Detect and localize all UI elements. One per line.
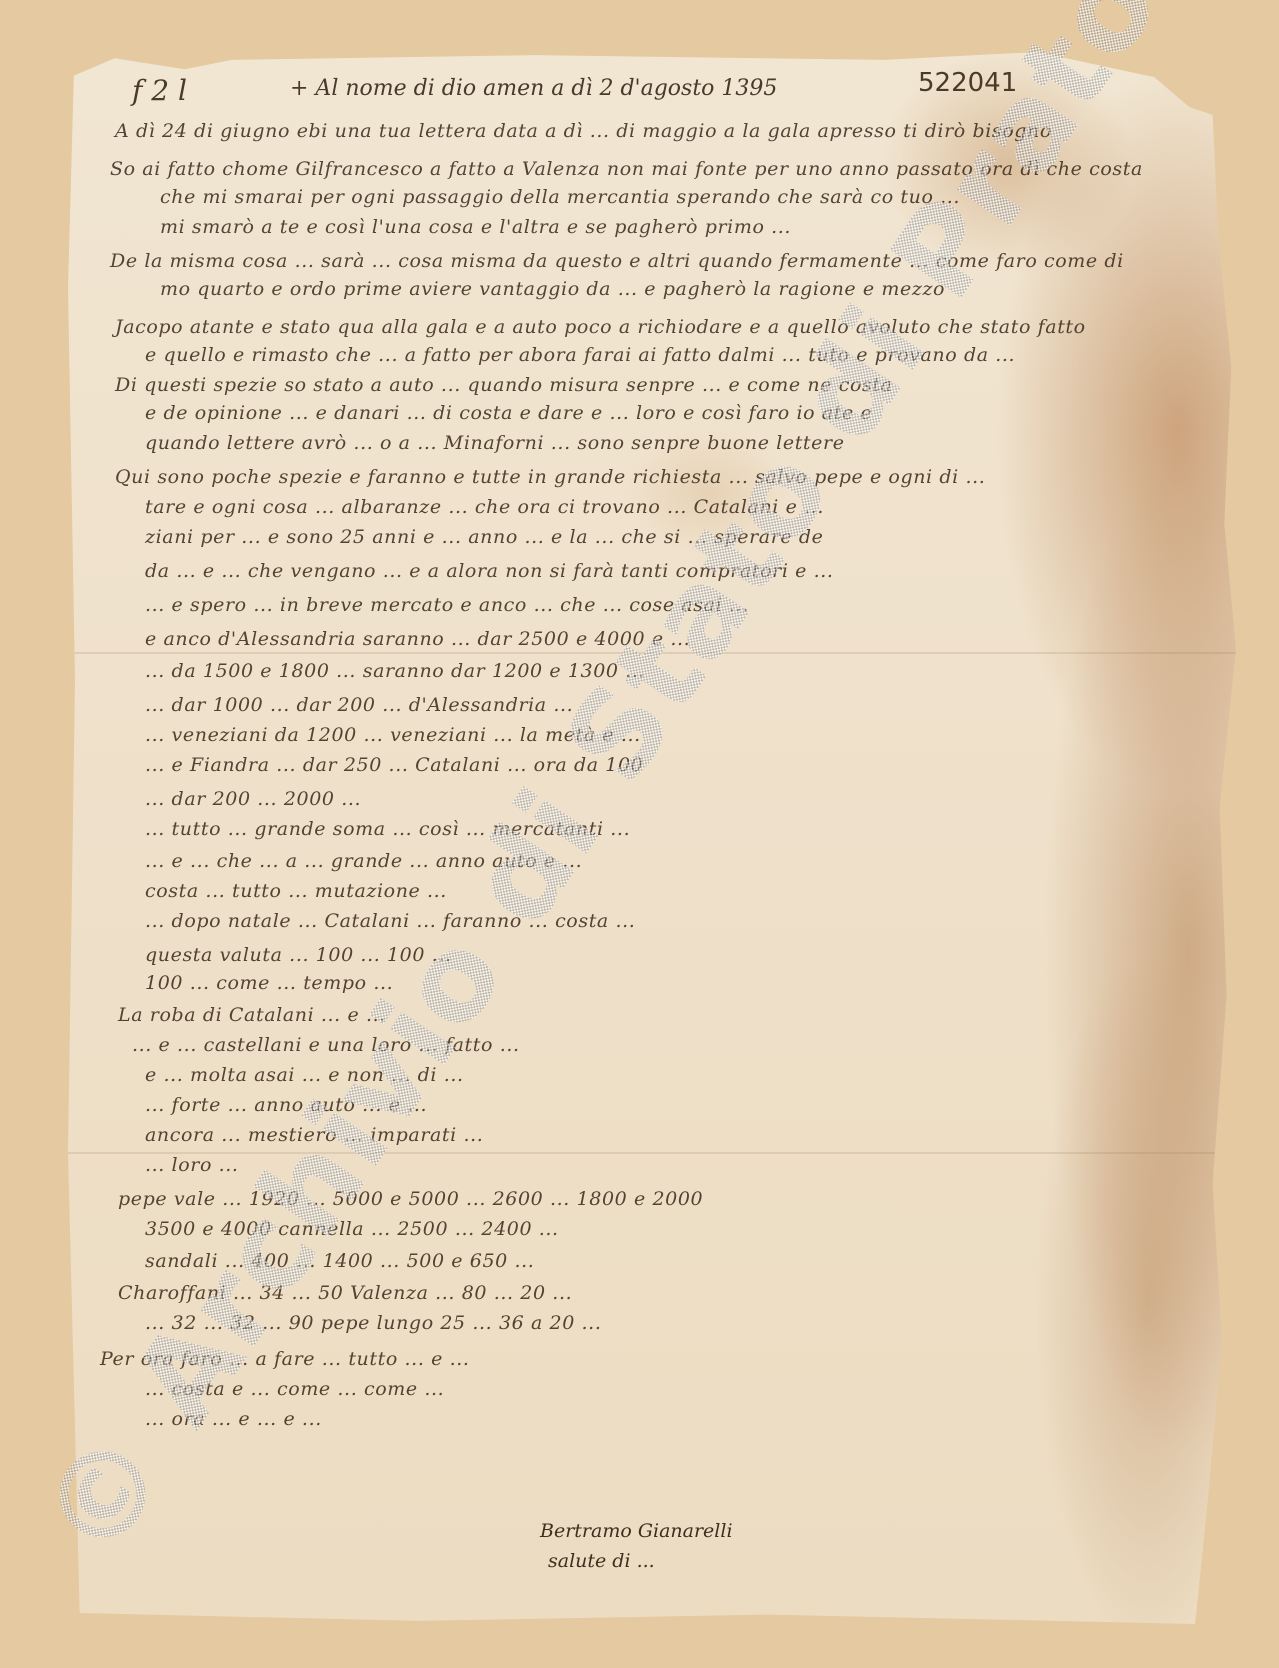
letter-heading: + Al nome di dio amen a dì 2 d'agosto 13… (290, 76, 777, 101)
text-line: 100 ... come ... tempo ... (145, 972, 393, 994)
text-line: pepe vale ... 1920 ... 5000 e 5000 ... 2… (118, 1188, 703, 1210)
signature-line-2: salute di ... (548, 1550, 655, 1572)
text-line: ... loro ... (145, 1154, 239, 1176)
text-line: A dì 24 di giugno ebi una tua lettera da… (115, 120, 1052, 142)
text-line: ... dar 200 ... 2000 ... (145, 788, 361, 810)
text-line: mi smarò a te e così l'una cosa e l'altr… (160, 216, 791, 238)
text-line: che mi smarai per ogni passaggio della m… (160, 186, 960, 208)
text-line: mo quarto e ordo prime aviere vantaggio … (160, 278, 945, 300)
fold-line (68, 1152, 1236, 1154)
text-line: costa ... tutto ... mutazione ... (145, 880, 447, 902)
folio-mark: f 2 l (132, 74, 187, 107)
signature-line-1: Bertramo Gianarelli (540, 1520, 733, 1542)
text-line: ... dar 1000 ... dar 200 ... d'Alessandr… (145, 694, 573, 716)
